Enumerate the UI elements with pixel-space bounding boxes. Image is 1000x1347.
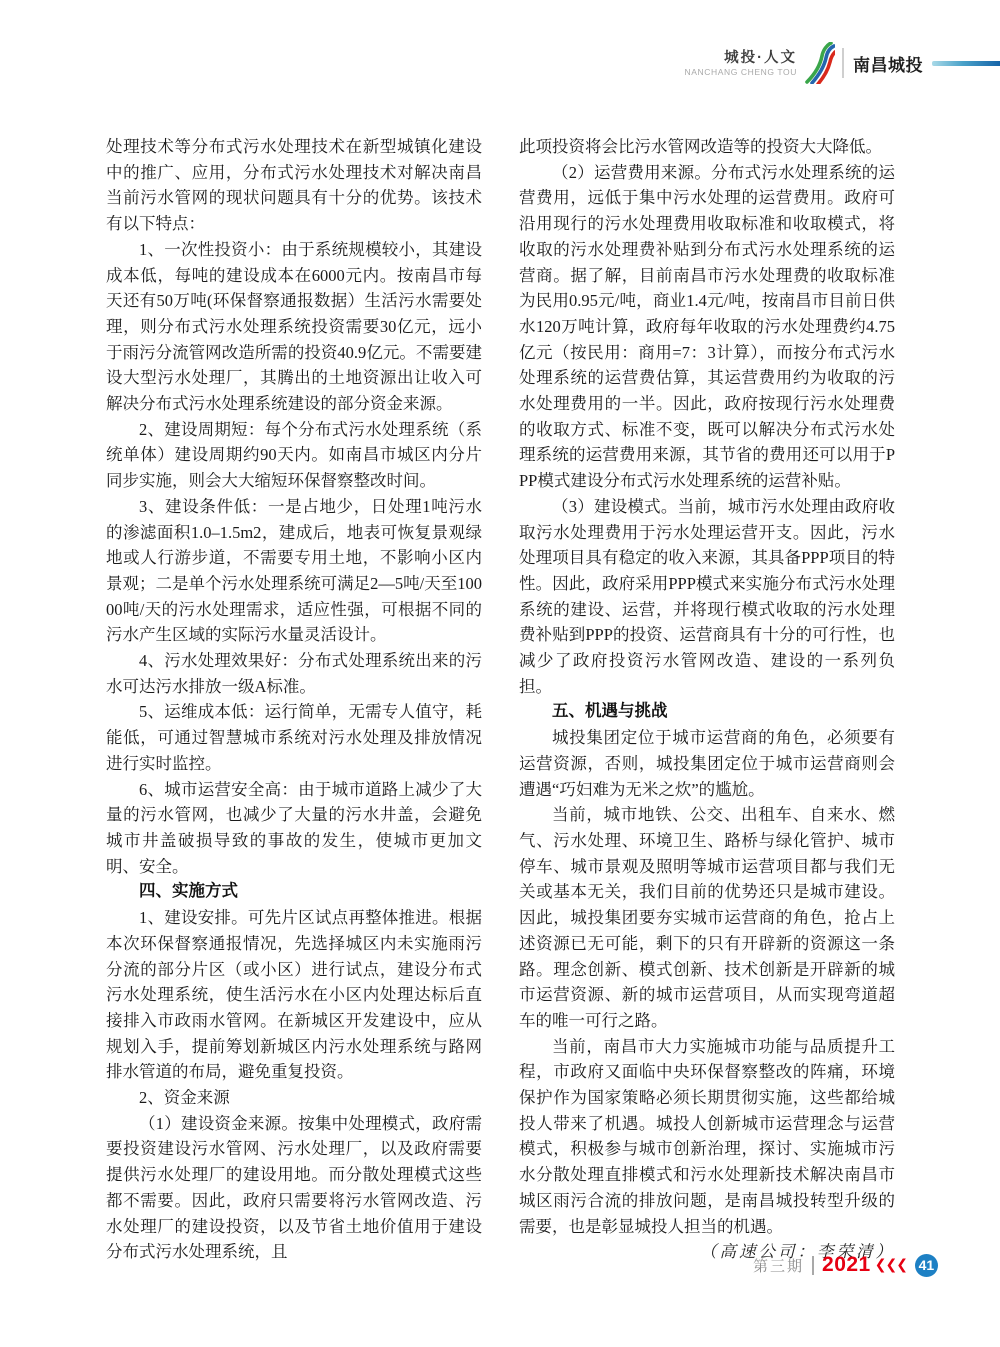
article-paragraph: 当前，城市地铁、公交、出租车、自来水、燃气、污水处理、环境卫生、路桥与绿化管护、…: [519, 802, 895, 1033]
masthead-title: 城投·人文: [685, 50, 798, 67]
footer-divider: [812, 1256, 814, 1275]
article-paragraph: 3、建设条件低：一是占地少，日处理1吨污水的渗滤面积1.0–1.5m2，建成后，…: [106, 494, 482, 648]
article-paragraph: 2、建设周期短：每个分布式污水处理系统（系统单体）建设周期约90天内。如南昌市城…: [106, 417, 482, 494]
article-paragraph: 6、城市运营安全高：由于城市道路上减少了大量的污水管网，也减少了大量的污水井盖，…: [106, 777, 482, 880]
article-body: 处理技术等分布式污水处理技术在新型城镇化建设中的推广、应用，分布式污水处理技术对…: [106, 134, 895, 1265]
chevrons-left-icon: ❮❮❮: [875, 1257, 907, 1273]
article-paragraph: 城投集团定位于城市运营商的角色，必须要有运营资源，否则，城投集团定位于城市运营商…: [519, 725, 895, 802]
article-column-left: 处理技术等分布式污水处理技术在新型城镇化建设中的推广、应用，分布式污水处理技术对…: [106, 134, 482, 1265]
section-heading: 四、实施方式: [106, 879, 482, 905]
article-paragraph: 处理技术等分布式污水处理技术在新型城镇化建设中的推广、应用，分布式污水处理技术对…: [106, 134, 482, 237]
masthead: 城投·人文 NANCHANG CHENG TOU: [685, 50, 798, 77]
article-column-right: 此项投资将会比污水管网改造等的投资大大降低。（2）运营费用来源。分布式污水处理系…: [519, 134, 895, 1265]
header-accent-bar: [932, 61, 1000, 66]
page-header: 城投·人文 NANCHANG CHENG TOU 南昌城投: [0, 42, 1000, 84]
page-footer: 第三期 2021 ❮❮❮ 41: [753, 1252, 938, 1278]
article-paragraph: 1、建设安排。可先片区试点再整体推进。根据本次环保督察通报情况，先选择城区内未实…: [106, 905, 482, 1085]
header-divider: [842, 48, 844, 78]
article-paragraph: （1）建设资金来源。按集中处理模式，政府需要投资建设污水管网、污水处理厂，以及政…: [106, 1111, 482, 1265]
issue-label: 第三期: [753, 1255, 804, 1276]
article-paragraph: 当前，南昌市大力实施城市功能与品质提升工程，市政府又面临中央环保督察整改的阵痛，…: [519, 1034, 895, 1240]
brand-swoosh-logo-icon: [803, 42, 835, 84]
article-paragraph: 5、运维成本低：运行简单，无需专人值守，耗能低，可通过智慧城市系统对污水处理及排…: [106, 699, 482, 776]
article-paragraph: （3）建设模式。当前，城市污水处理由政府收取污水处理费用于污水处理运营开支。因此…: [519, 494, 895, 700]
page-number-badge: 41: [915, 1254, 938, 1277]
article-paragraph: 1、一次性投资小：由于系统规模较小，其建设成本低，每吨的建设成本在6000元内。…: [106, 237, 482, 417]
footer-year: 2021: [822, 1253, 871, 1277]
magazine-page: 城投·人文 NANCHANG CHENG TOU 南昌城投 处理技术等分布式污水…: [0, 0, 1000, 1347]
article-paragraph: （2）运营费用来源。分布式污水处理系统的运营费用，远低于集中污水处理的运营费用。…: [519, 160, 895, 494]
masthead-subtitle: NANCHANG CHENG TOU: [685, 67, 798, 77]
section-heading: 五、机遇与挑战: [519, 699, 895, 725]
article-paragraph: 此项投资将会比污水管网改造等的投资大大降低。: [519, 134, 895, 160]
brand-name: 南昌城投: [853, 51, 923, 76]
article-paragraph: 4、污水处理效果好：分布式处理系统出来的污水可达污水排放一级A标准。: [106, 648, 482, 699]
article-paragraph: 2、资金来源: [106, 1085, 482, 1111]
